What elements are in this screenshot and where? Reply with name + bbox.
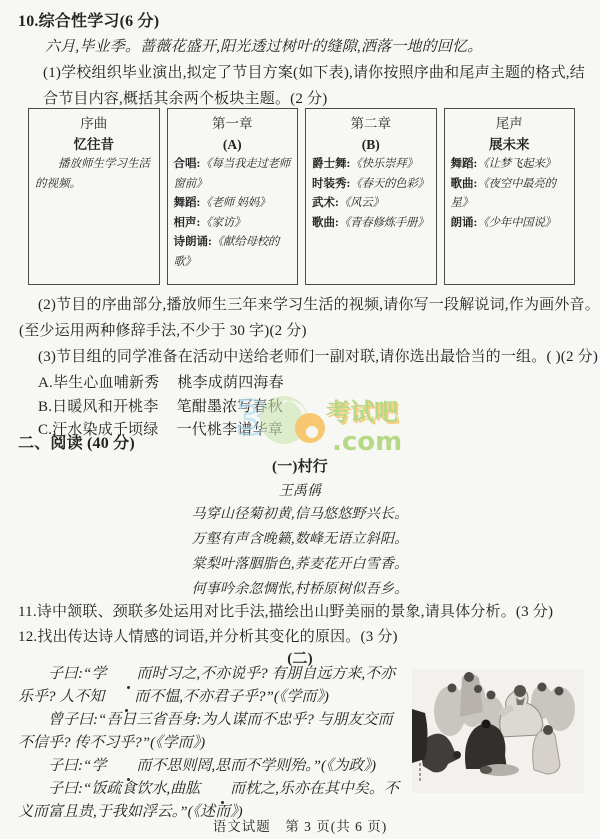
col-subtitle: 忆往昔 bbox=[35, 134, 153, 155]
poem-line: 何事吟余忽惆怅,村桥原树似吾乡。 bbox=[0, 578, 600, 598]
col-subtitle: (A) bbox=[174, 134, 292, 155]
program-table: 序曲 忆往昔 播放师生学习生活的视频。 第一章 (A) 合唱:《每当我走过老师窗… bbox=[28, 108, 575, 285]
program-item: 歌曲:《青春修炼手册》 bbox=[312, 214, 430, 234]
page-footer: 语文试题 第 3 页(共 6 页) bbox=[0, 815, 600, 835]
poem-line: 棠梨叶落胭脂色,荞麦花开白雪香。 bbox=[0, 553, 600, 573]
col-title: 第一章 bbox=[174, 113, 292, 134]
program-item: 歌曲:《夜空中最亮的星》 bbox=[451, 175, 569, 214]
program-item: 诗朗诵:《献给母校的歌》 bbox=[174, 233, 292, 272]
poem-title: (一)村行 bbox=[0, 455, 600, 476]
ink-painting-image bbox=[412, 669, 584, 793]
poem-author: 王禹偁 bbox=[0, 480, 600, 500]
q10-sub1-line1: (1)学校组织毕业演出,拟定了节目方案(如下表),请你按照序曲和尾声主题的格式,… bbox=[43, 61, 585, 82]
q10-sub2-line1: (2)节目的序曲部分,播放师生三年来学习生活的视频,请你写一段解说词,作为画外音… bbox=[38, 293, 600, 314]
col-title: 序曲 bbox=[35, 113, 153, 134]
svg-text:.com: .com bbox=[332, 427, 402, 456]
program-item: 相声:《家访》 bbox=[174, 214, 292, 234]
q10-heading: 10.综合性学习(6 分) bbox=[18, 8, 159, 31]
table-col-epilogue: 尾声 展未来 舞蹈:《让梦飞起来》 歌曲:《夜空中最亮的星》 朗诵:《少年中国说… bbox=[444, 108, 576, 285]
analects-passage: 子曰:“学而时习之,不亦说乎? 有朋自远方来,不亦乐乎? 人不知而不愠,不亦君子… bbox=[18, 663, 584, 824]
reading-section-heading: 二、阅读 (40 分) bbox=[18, 430, 135, 453]
question-12: 12.找出传达诗人情感的词语,并分析其变化的原因。(3 分) bbox=[18, 625, 398, 646]
col-subtitle: 展未来 bbox=[451, 134, 569, 155]
question-11: 11.诗中颔联、颈联多处运用对比手法,描绘出山野美丽的景象,请具体分析。(3 分… bbox=[18, 600, 553, 621]
confucius-teaching-painting bbox=[412, 669, 584, 793]
col-title: 第二章 bbox=[312, 113, 430, 134]
poem-line: 马穿山径菊初黄,信马悠悠野兴长。 bbox=[0, 503, 600, 523]
q10-sub3: (3)节目组的同学准备在活动中送给老师们一副对联,请你选出最恰当的一组。( )(… bbox=[38, 345, 598, 366]
col-desc: 播放师生学习生活的视频。 bbox=[35, 155, 153, 194]
q10-sub2-line2: (至少运用两种修辞手法,不少于 30 字)(2 分) bbox=[19, 319, 307, 340]
table-col-prelude: 序曲 忆往昔 播放师生学习生活的视频。 bbox=[28, 108, 160, 285]
program-item: 舞蹈:《让梦飞起来》 bbox=[451, 155, 569, 175]
col-title: 尾声 bbox=[451, 113, 569, 134]
poem-line: 万壑有声含晚籁,数峰无语立斜阳。 bbox=[0, 528, 600, 548]
q10-intro: 六月,毕业季。蔷薇花盛开,阳光透过树叶的缝隙,洒落一地的回忆。 bbox=[45, 35, 482, 56]
program-item: 朗诵:《少年中国说》 bbox=[451, 214, 569, 234]
exam-page: 10.综合性学习(6 分) 六月,毕业季。蔷薇花盛开,阳光透过树叶的缝隙,洒落一… bbox=[0, 0, 600, 839]
q10-sub1-line2: 合节目内容,概括其余两个板块主题。(2 分) bbox=[43, 87, 327, 108]
svg-text:考试吧: 考试吧 bbox=[326, 398, 398, 426]
program-item: 舞蹈:《老师 妈妈》 bbox=[174, 194, 292, 214]
program-item: 合唱:《每当我走过老师窗前》 bbox=[174, 155, 292, 194]
program-item: 时装秀:《春天的色彩》 bbox=[312, 175, 430, 195]
program-item: 武术:《风云》 bbox=[312, 194, 430, 214]
program-item: 爵士舞:《快乐崇拜》 bbox=[312, 155, 430, 175]
option-b: B.日暖风和开桃李笔酣墨浓写春秋 bbox=[38, 395, 283, 416]
svg-text:考试吧: 考试吧 bbox=[328, 400, 400, 428]
option-a: A.毕生心血哺新秀桃李成荫四海春 bbox=[38, 371, 284, 392]
table-col-chapter1: 第一章 (A) 合唱:《每当我走过老师窗前》 舞蹈:《老师 妈妈》 相声:《家访… bbox=[167, 108, 299, 285]
col-subtitle: (B) bbox=[312, 134, 430, 155]
table-col-chapter2: 第二章 (B) 爵士舞:《快乐崇拜》 时装秀:《春天的色彩》 武术:《风云》 歌… bbox=[305, 108, 437, 285]
